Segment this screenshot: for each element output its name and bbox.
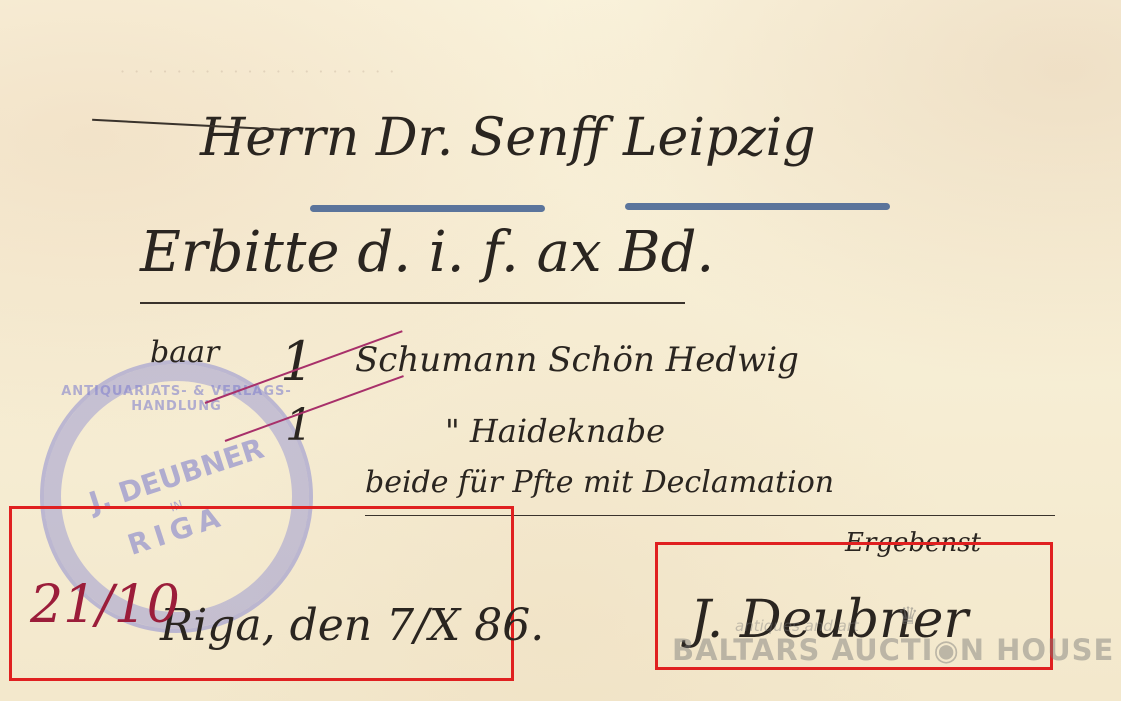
line-2-item: " Haideknabe bbox=[445, 412, 665, 450]
place-date: Riga, den 7/X 86. bbox=[160, 600, 544, 651]
stamp-ring-text: ANTIQUARIATS- & VERLAGS-HANDLUNG bbox=[44, 384, 309, 414]
line-1-prefix: baar bbox=[150, 335, 219, 370]
line-1-item: Schumann Schön Hedwig bbox=[355, 340, 799, 380]
red-annotation: 21/10 bbox=[30, 575, 180, 635]
blue-underline-2 bbox=[625, 203, 890, 210]
blue-underline-1 bbox=[310, 205, 545, 212]
line-1-qty: 1 bbox=[280, 330, 314, 393]
line-3: beide für Pfte mit Declamation bbox=[365, 465, 834, 500]
crown-icon: ♛ bbox=[893, 605, 923, 627]
request-line: Erbitte d. i. f. ax Bd. bbox=[140, 220, 714, 285]
addressee-line: Herrn Dr. Senff Leipzig bbox=[200, 108, 816, 168]
faded-printed-header: · · · · · · · · · · · · · · · · · · · · bbox=[120, 62, 880, 81]
line-2-qty: 1 bbox=[285, 400, 313, 451]
watermark-title: BALTARS AUCTI◉N HOUSE bbox=[672, 633, 1114, 667]
request-underline bbox=[140, 302, 685, 304]
